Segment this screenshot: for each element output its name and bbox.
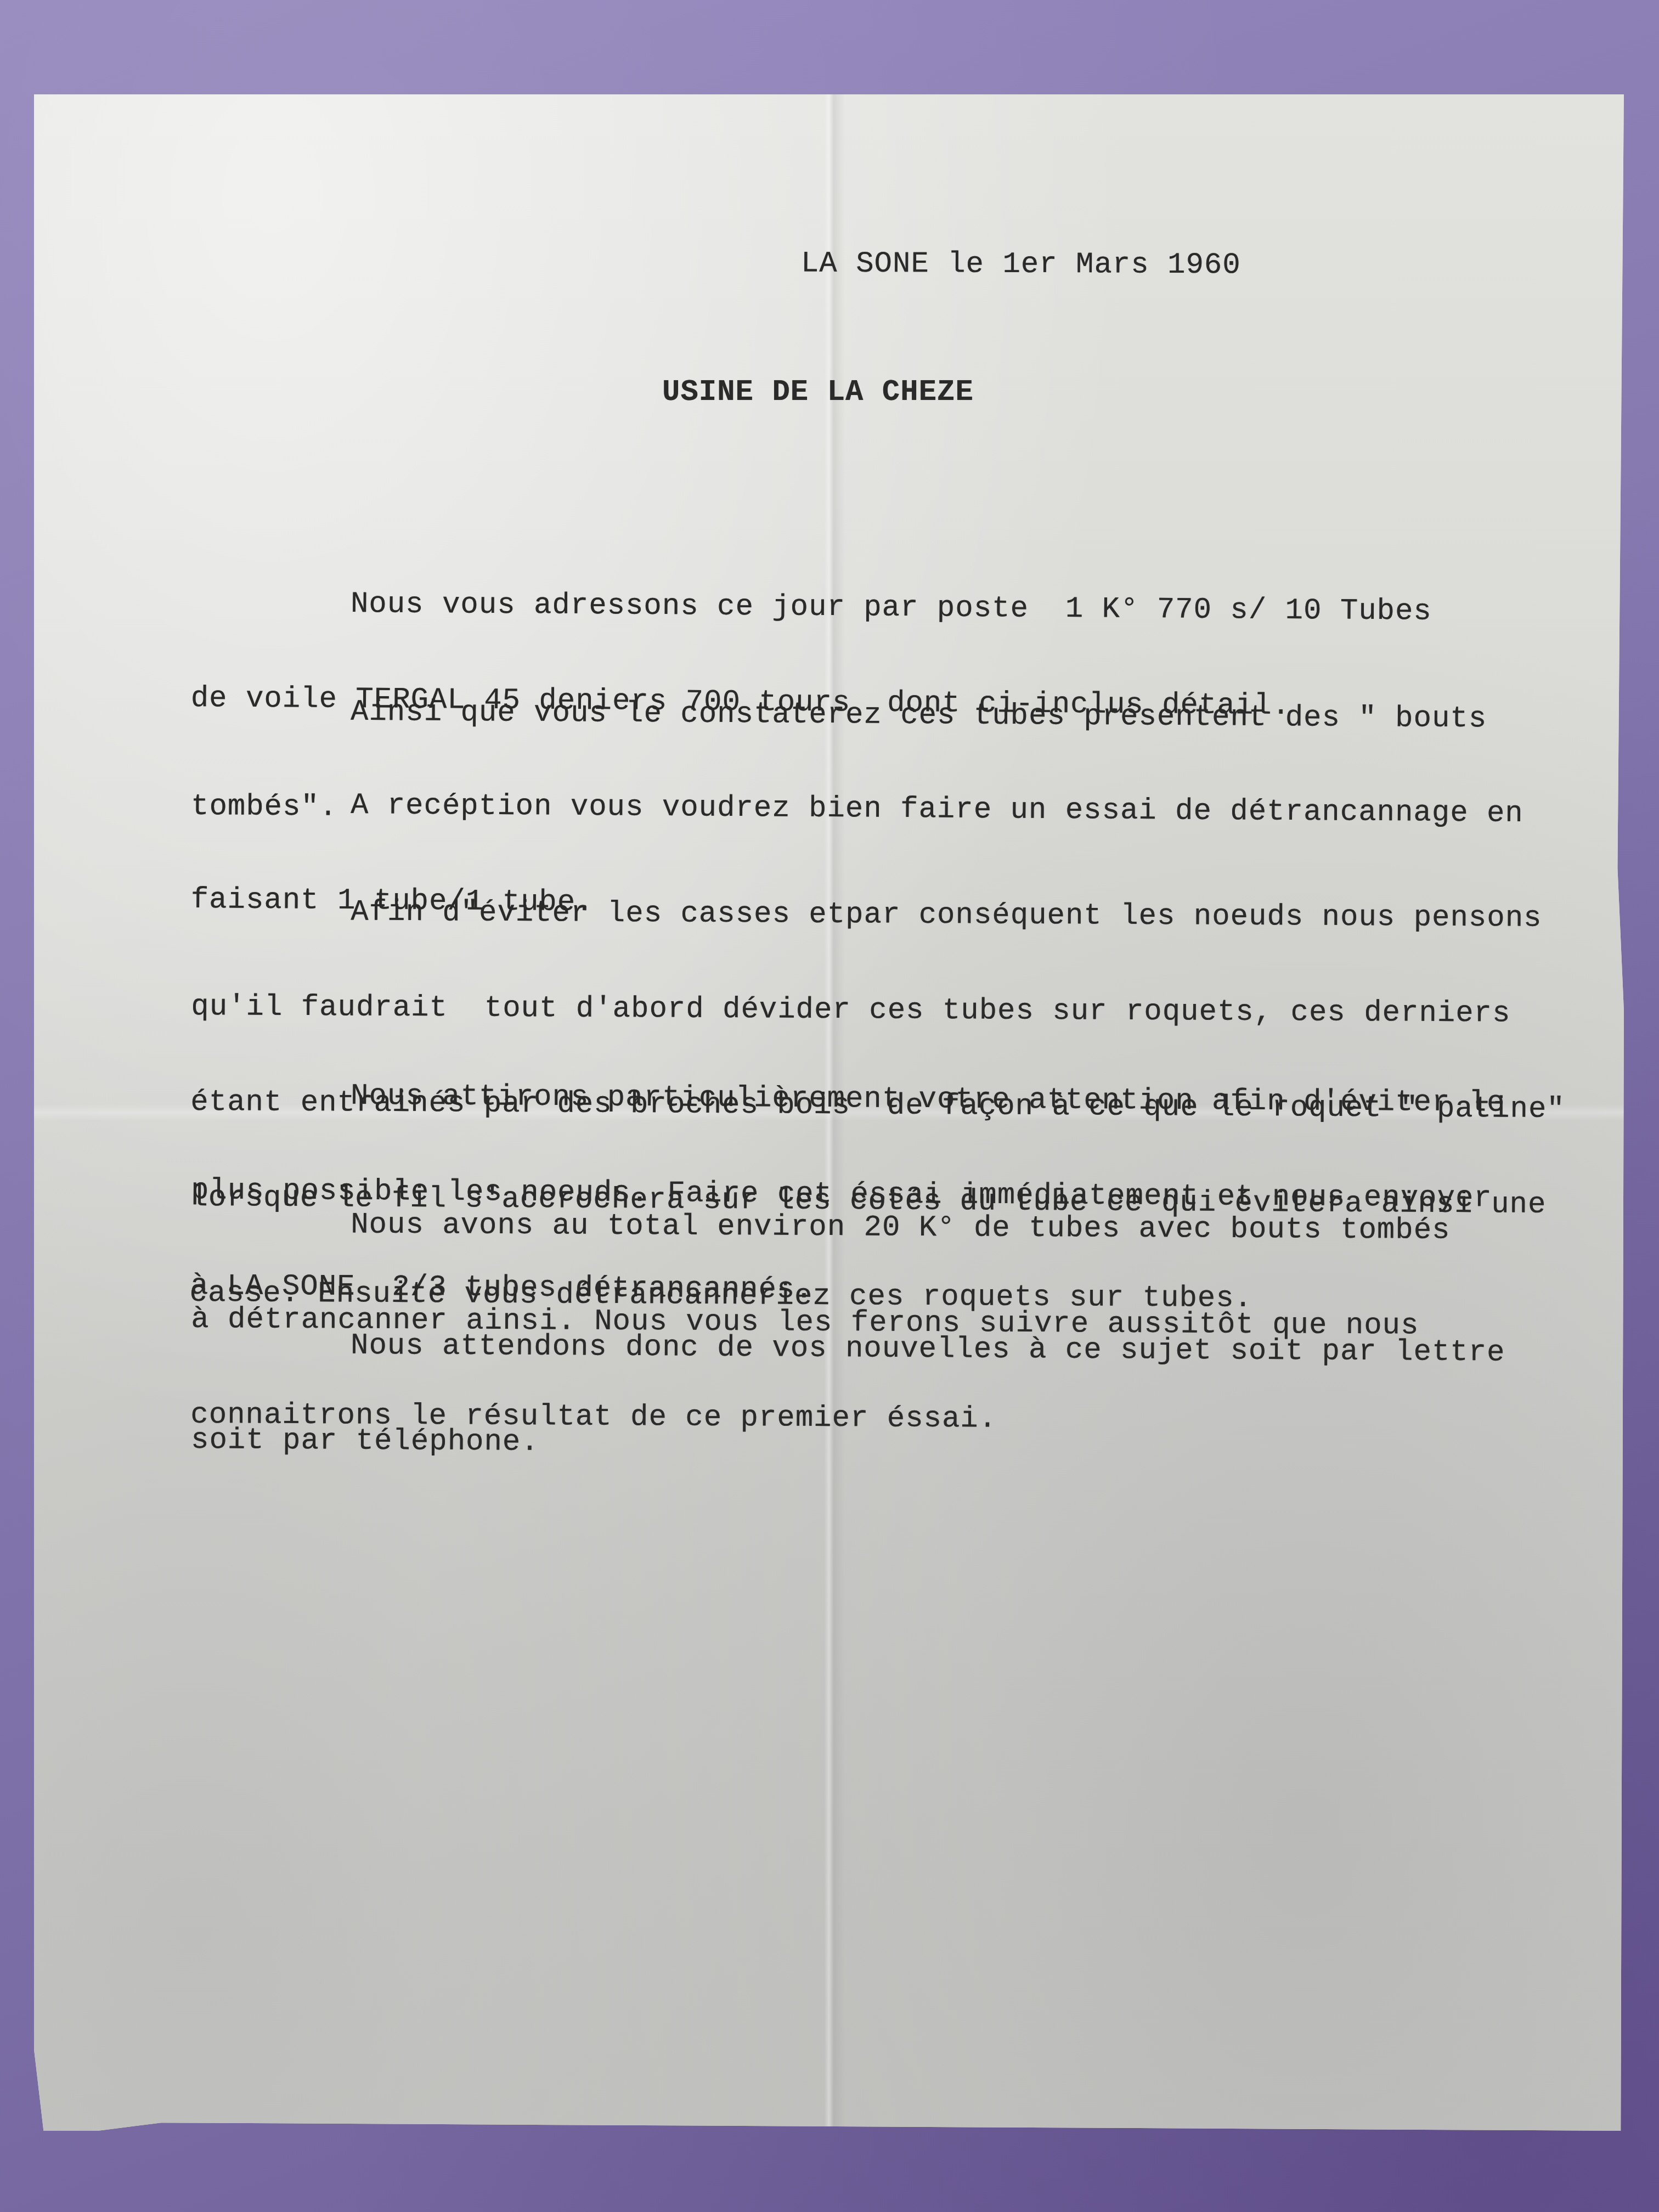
paragraph-line: Nous attirons particulièrement votre att… [191, 1080, 1505, 1120]
paragraph-line: Afin d"éviter les casses etpar conséquen… [191, 896, 1566, 935]
letter-title: USINE DE LA CHEZE [662, 377, 974, 409]
dateline: LA SONE le 1er Mars 1960 [801, 249, 1241, 282]
paragraph-closing: Nous attendons donc de vos nouvelles à c… [190, 1266, 1505, 1528]
paragraph-line: A recéption vous voudrez bien faire un e… [191, 789, 1523, 830]
typed-letter-sheet: LA SONE le 1er Mars 1960 USINE DE LA CHE… [34, 94, 1624, 2131]
paragraph-line: Nous avons au total environ 20 K° de tub… [191, 1209, 1451, 1247]
paragraph-line: Nous vous adressons ce jour par poste 1 … [191, 588, 1432, 628]
paragraph-line: soit par téléphone. [191, 1425, 1505, 1465]
paragraph-line: Nous attendons donc de vos nouvelles à c… [191, 1329, 1505, 1369]
